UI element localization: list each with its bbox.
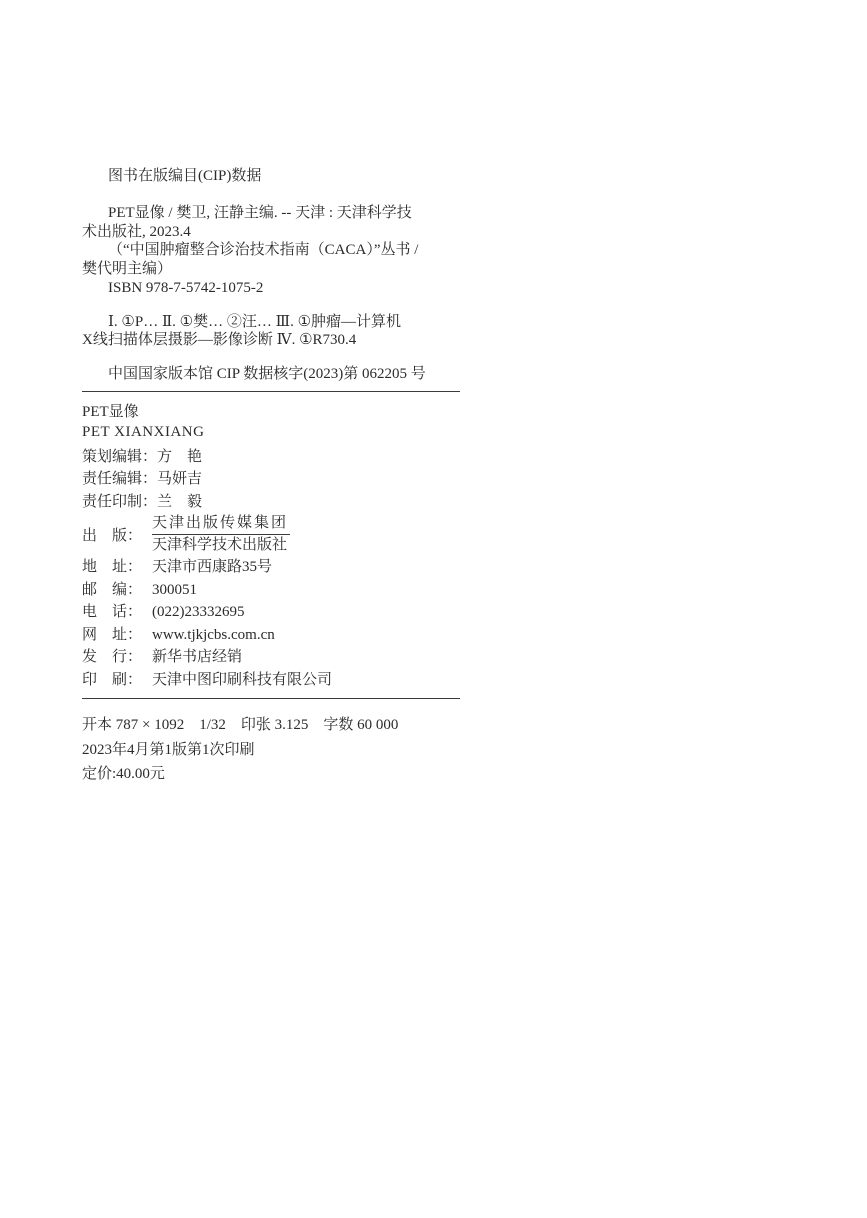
cip-class-line: Ⅰ. ①P… Ⅱ. ①樊… ②汪… Ⅲ. ①肿瘤—计算机	[82, 313, 460, 332]
info-row: 电 话： (022)23332695	[82, 601, 460, 624]
staff-row: 策划编辑： 方 艳	[82, 446, 460, 469]
info-row: 邮 编： 300051	[82, 579, 460, 602]
staff-value: 兰 毅	[157, 491, 202, 514]
staff-label: 责任印制：	[82, 491, 157, 514]
book-title-pinyin: PET XIANXIANG	[82, 422, 460, 442]
publication-info-list: 地 址： 天津市西康路35号 邮 编： 300051 电 话： (022)233…	[82, 556, 460, 691]
cip-heading: 图书在版编目(CIP)数据	[82, 165, 460, 187]
publisher-group: 天津出版传媒集团	[152, 513, 290, 535]
cip-record-line: 术出版社, 2023.4	[82, 223, 460, 242]
info-row: 印 刷： 天津中图印刷科技有限公司	[82, 669, 460, 692]
info-label: 发 行：	[82, 646, 152, 669]
copyright-page: 图书在版编目(CIP)数据 PET显像 / 樊卫, 汪静主编. -- 天津 : …	[0, 0, 867, 1218]
info-label: 印 刷：	[82, 669, 152, 692]
cip-registry-line: 中国国家版本馆 CIP 数据核字(2023)第 062205 号	[82, 365, 460, 384]
cip-record-line: （“中国肿瘤整合诊治技术指南（CACA）”丛书 /	[82, 241, 460, 260]
format-line: 开本 787 × 1092 1/32 印张 3.125 字数 60 000	[82, 713, 460, 738]
divider-rule	[82, 698, 460, 699]
info-label: 电 话：	[82, 601, 152, 624]
info-row: 地 址： 天津市西康路35号	[82, 556, 460, 579]
isbn-line: ISBN 978-7-5742-1075-2	[82, 279, 460, 298]
staff-row: 责任印制： 兰 毅	[82, 491, 460, 514]
copyright-content: 图书在版编目(CIP)数据 PET显像 / 樊卫, 汪静主编. -- 天津 : …	[82, 165, 460, 787]
staff-value: 马妍吉	[157, 468, 202, 491]
edition-line: 2023年4月第1版第1次印刷	[82, 738, 460, 763]
staff-label: 策划编辑：	[82, 446, 157, 469]
info-label: 网 址：	[82, 624, 152, 647]
cip-record-line: 樊代明主编）	[82, 260, 460, 279]
info-value: 天津市西康路35号	[152, 556, 272, 579]
info-value: 新华书店经销	[152, 646, 242, 669]
info-value: 300051	[152, 579, 197, 602]
publisher-label: 出 版：	[82, 524, 152, 545]
cip-class-line: X线扫描体层摄影—影像诊断 Ⅳ. ①R730.4	[82, 331, 460, 350]
divider-rule	[82, 391, 460, 392]
info-label: 地 址：	[82, 556, 152, 579]
cip-record-line: PET显像 / 樊卫, 汪静主编. -- 天津 : 天津科学技	[82, 204, 460, 223]
publisher-press: 天津科学技术出版社	[152, 537, 287, 553]
info-label: 邮 编：	[82, 579, 152, 602]
website-value: www.tjkjcbs.com.cn	[152, 624, 275, 647]
publisher-names: 天津出版传媒集团 天津科学技术出版社	[152, 513, 290, 556]
cip-registry: 中国国家版本馆 CIP 数据核字(2023)第 062205 号	[82, 365, 460, 384]
info-value: (022)23332695	[152, 601, 245, 624]
info-row: 网 址： www.tjkjcbs.com.cn	[82, 624, 460, 647]
info-row: 发 行： 新华书店经销	[82, 646, 460, 669]
book-title-cn: PET显像	[82, 402, 460, 422]
info-value: 天津中图印刷科技有限公司	[152, 669, 332, 692]
cip-classification: Ⅰ. ①P… Ⅱ. ①樊… ②汪… Ⅲ. ①肿瘤—计算机 X线扫描体层摄影—影像…	[82, 313, 460, 350]
publisher-row: 出 版： 天津出版传媒集团 天津科学技术出版社	[82, 513, 460, 556]
staff-value: 方 艳	[157, 446, 202, 469]
staff-row: 责任编辑： 马妍吉	[82, 468, 460, 491]
staff-list: 策划编辑： 方 艳 责任编辑： 马妍吉 责任印制： 兰 毅	[82, 446, 460, 514]
cip-record: PET显像 / 樊卫, 汪静主编. -- 天津 : 天津科学技 术出版社, 20…	[82, 204, 460, 298]
staff-label: 责任编辑：	[82, 468, 157, 491]
price-line: 定价:40.00元	[82, 762, 460, 787]
print-info: 开本 787 × 1092 1/32 印张 3.125 字数 60 000 20…	[82, 713, 460, 787]
